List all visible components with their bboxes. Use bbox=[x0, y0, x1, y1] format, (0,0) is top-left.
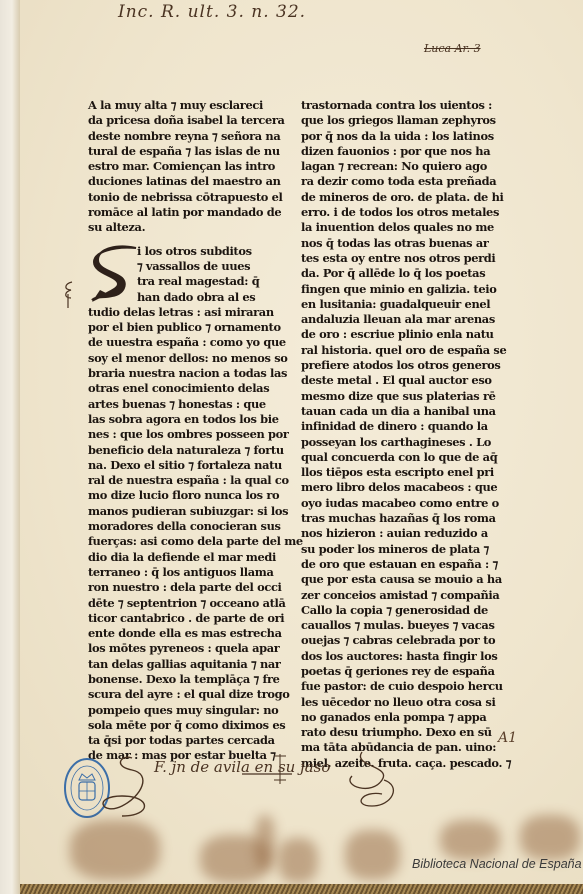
text-line: moradores della conocieran sus bbox=[88, 519, 288, 534]
text-line: nos q̄ todas las otras buenas ar bbox=[301, 236, 513, 251]
text-line: tes esta oy entre nos otros perdi bbox=[301, 251, 513, 266]
text-line: artes buenas ⁊ honestas : que bbox=[88, 397, 288, 412]
text-line: soy el menor dellos: no menos so bbox=[88, 351, 288, 366]
decorated-initial-s-icon bbox=[88, 244, 140, 304]
text-line: beneficio dela naturaleza ⁊ fortu bbox=[88, 443, 288, 458]
text-line: ra dezir como toda esta preñada bbox=[301, 174, 513, 189]
text-line: ral de nuestra españa : la qual co bbox=[88, 473, 288, 488]
text-line: da. Por q̄ allēde lo q̄ los poetas bbox=[301, 266, 513, 281]
text-line: nos hizieron : auian reduzido a bbox=[301, 526, 513, 541]
water-stain bbox=[70, 820, 160, 880]
text-line: tan delas gallias aquitania ⁊ nar bbox=[88, 657, 288, 672]
text-line: en lusitania: guadalqueuir enel bbox=[301, 297, 513, 312]
text-line: de uuestra españa : como yo que bbox=[88, 335, 288, 350]
text-line: por el bien publico ⁊ ornamento bbox=[88, 320, 288, 335]
text-line: lagan ⁊ recrean: No quiero ago bbox=[301, 159, 513, 174]
signature-text: F. jn de avila en su jaso bbox=[153, 758, 330, 776]
text-line: pompeio ques muy singular: no bbox=[88, 703, 288, 718]
text-line: fue pastor: de cuio despoio hercu bbox=[301, 679, 513, 694]
heading-line: deste nombre reyna ⁊ señora na bbox=[88, 129, 288, 144]
book-page: Inc. R. ult. 3. n. 32. Luca Ar. 3 A la m… bbox=[0, 0, 583, 894]
text-line: otras enel conocimiento delas bbox=[88, 381, 288, 396]
text-line: de oro que estauan en españa : ⁊ bbox=[301, 557, 513, 572]
text-line: manos pudieran subiuzgar: si los bbox=[88, 504, 288, 519]
shelfmark-annotation: Inc. R. ult. 3. n. 32. bbox=[118, 2, 306, 22]
text-line: no ganados enla pompa ⁊ appa bbox=[301, 710, 513, 725]
text-line: sola mēte por q̄ como diximos es bbox=[88, 718, 288, 733]
text-line: nes : que los ombres posseen por bbox=[88, 427, 288, 442]
right-column: trastornada contra los uientos : que los… bbox=[301, 98, 513, 771]
water-stain bbox=[255, 815, 275, 870]
text-line: fuerças: asi como dela parte del me bbox=[88, 534, 288, 549]
text-line: infinidad de dinero : quando la bbox=[301, 419, 513, 434]
water-stain bbox=[278, 838, 318, 883]
folio-mark: A1 bbox=[498, 730, 517, 746]
text-line: deste metal . El qual auctor eso bbox=[301, 373, 513, 388]
water-stain bbox=[440, 820, 500, 860]
library-watermark: Biblioteca Nacional de España bbox=[412, 857, 582, 871]
text-line: que por esta causa se mouio a ha bbox=[301, 572, 513, 587]
text-line: ticor cantabrico . de parte de ori bbox=[88, 611, 288, 626]
water-stain bbox=[345, 830, 400, 880]
text-line: por q̄ nos da la uida : los latinos bbox=[301, 129, 513, 144]
text-line: tauan cada un dia a hanibal una bbox=[301, 404, 513, 419]
text-line: dio dia la defiende el mar medi bbox=[88, 550, 288, 565]
text-line: oyo iudas macabeo como entre o bbox=[301, 496, 513, 511]
text-line: de mineros de oro. de plata. de hi bbox=[301, 190, 513, 205]
text-line: ouejas ⁊ cabras celebrada por to bbox=[301, 633, 513, 648]
text-line: tras muchas hazañas q̄ los roma bbox=[301, 511, 513, 526]
text-line: que los griegos llaman zephyros bbox=[301, 113, 513, 128]
text-line: cauallos ⁊ mulas. bueyes ⁊ vacas bbox=[301, 618, 513, 633]
text-line: los mōtes pyreneos : quela apar bbox=[88, 641, 288, 656]
text-line: braria nuestra nacion a todas las bbox=[88, 366, 288, 381]
text-line: zer conceios amistad ⁊ compañia bbox=[301, 588, 513, 603]
text-line: bonense. Dexo la templāça ⁊ fre bbox=[88, 672, 288, 687]
heading-line: romāce al latin por mandado de bbox=[88, 205, 288, 220]
heading-line: A la muy alta ⁊ muy esclareci bbox=[88, 98, 288, 113]
text-line: scura del ayre : el qual dize trogo bbox=[88, 687, 288, 702]
page-edge bbox=[20, 884, 583, 894]
margin-mark-icon bbox=[62, 280, 76, 310]
heading-line: duciones latinas del maestro an bbox=[88, 174, 288, 189]
heading-line: su alteza. bbox=[88, 220, 288, 235]
text-line: Callo la copia ⁊ generosidad de bbox=[301, 603, 513, 618]
text-line: prefiere atodos los otros generos bbox=[301, 358, 513, 373]
text-line: dēte ⁊ septentrion ⁊ occeano atlā bbox=[88, 596, 288, 611]
spacer bbox=[88, 236, 288, 244]
text-line: rato desu triumpho. Dexo en sū bbox=[301, 725, 513, 740]
text-line: la inuention delos quales no me bbox=[301, 220, 513, 235]
text-line: ron nuestro : dela parte del occi bbox=[88, 580, 288, 595]
heading-line: estro mar. Comiençan las intro bbox=[88, 159, 288, 174]
heading-line: tonio de nebrissa cōtrapuesto el bbox=[88, 190, 288, 205]
text-line: trastornada contra los uientos : bbox=[301, 98, 513, 113]
text-line: mesmo dize que sus platerias rē bbox=[301, 389, 513, 404]
text-line: mo dize lucio floro nunca los ro bbox=[88, 488, 288, 503]
text-line: ral historia. quel oro de españa se bbox=[301, 343, 513, 358]
text-line: poetas q̄ geriones rey de españa bbox=[301, 664, 513, 679]
heading-line: tural de españa ⁊ las islas de nu bbox=[88, 144, 288, 159]
text-line: de oro : escriue plinio enla natu bbox=[301, 327, 513, 342]
text-line: terraneo : q̄ los antiguos llama bbox=[88, 565, 288, 580]
water-stain bbox=[520, 815, 580, 860]
ownership-signature: F. jn de avila en su jaso bbox=[92, 746, 432, 826]
text-line: dizen fauonios : por que nos ha bbox=[301, 144, 513, 159]
text-line: ente donde ella es mas estrecha bbox=[88, 626, 288, 641]
text-line: su poder los mineros de plata ⁊ bbox=[301, 542, 513, 557]
text-line: dos los auctores: hasta fingir los bbox=[301, 649, 513, 664]
text-line: posseyan los carthagineses . Lo bbox=[301, 435, 513, 450]
page-gutter bbox=[0, 0, 20, 894]
text-line: fingen que minio en galizia. teio bbox=[301, 282, 513, 297]
text-line: tudio delas letras : asi miraran bbox=[88, 305, 288, 320]
text-line: les uēcedor no lleuo otra cosa si bbox=[301, 695, 513, 710]
left-column: A la muy alta ⁊ muy esclareci da pricesa… bbox=[88, 98, 288, 764]
text-line: mero libro delos macabeos : que bbox=[301, 480, 513, 495]
text-line: na. Dexo el sitio ⁊ fortaleza natu bbox=[88, 458, 288, 473]
text-line: andaluzia lleuan ala mar arenas bbox=[301, 312, 513, 327]
text-line: llos tiēpos esta escripto enel pri bbox=[301, 465, 513, 480]
text-line: qual concuerda con lo que de aq̄ bbox=[301, 450, 513, 465]
text-line: las sobra agora en todos los bie bbox=[88, 412, 288, 427]
struck-shelfmark-annotation: Luca Ar. 3 bbox=[424, 42, 481, 55]
text-line: erro. i de todos los otros metales bbox=[301, 205, 513, 220]
heading-line: da pricesa doña isabel la tercera bbox=[88, 113, 288, 128]
